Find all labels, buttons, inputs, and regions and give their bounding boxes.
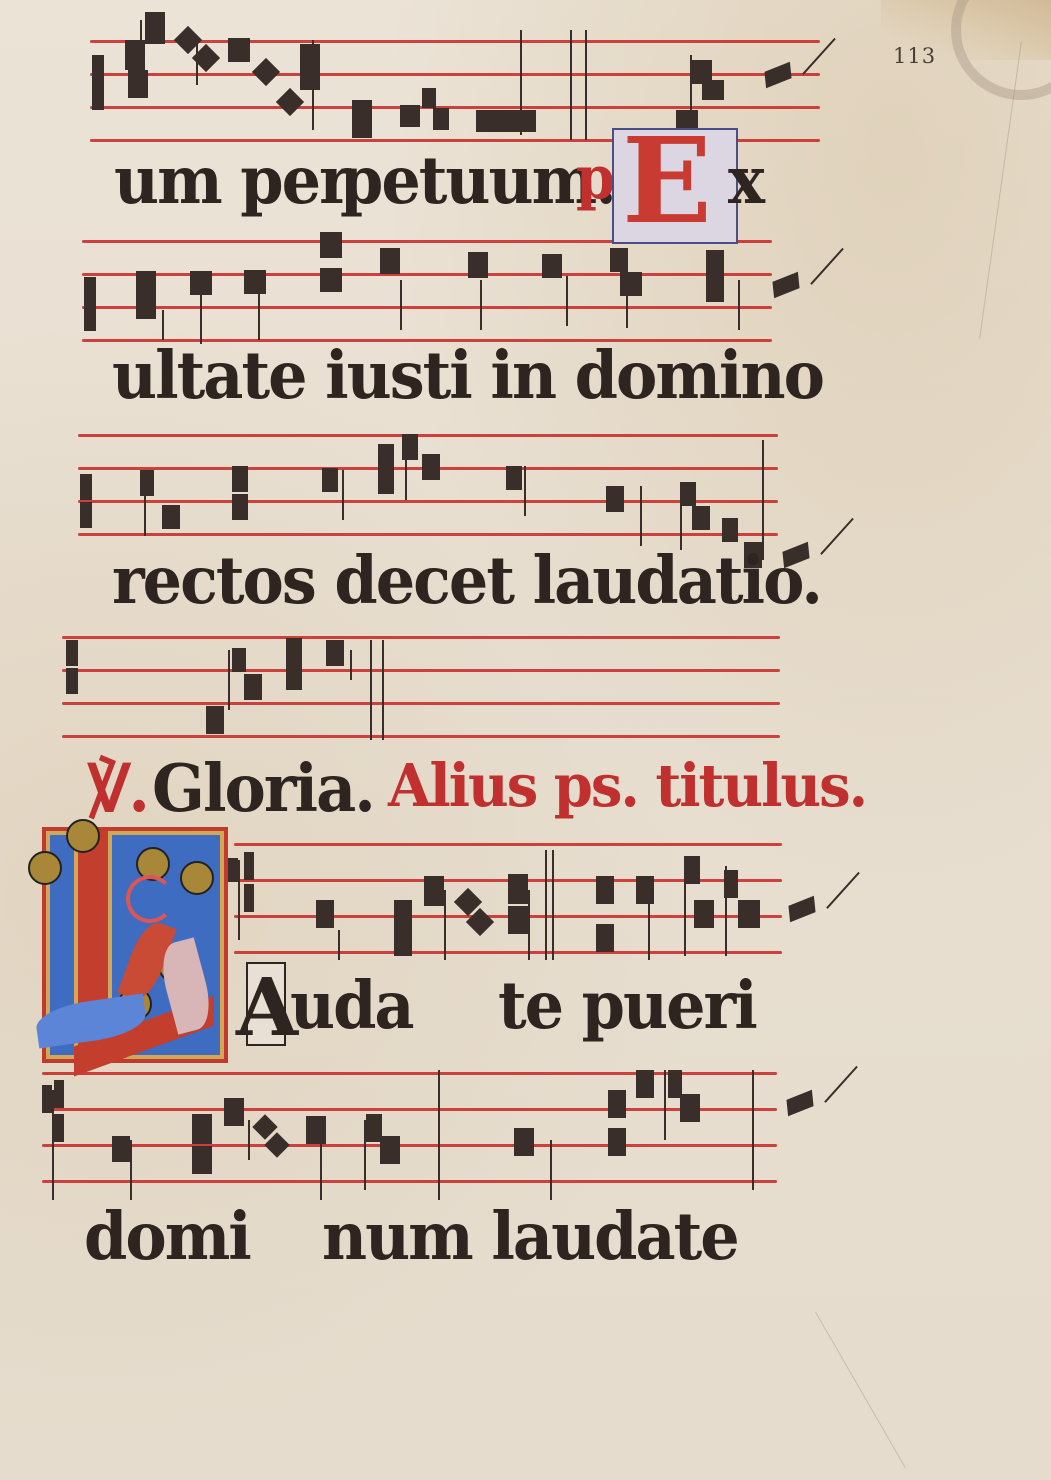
manuscript-leaf: 113 um per petuum. ps. E x ultate iusti … — [0, 0, 1051, 1480]
note-stem — [364, 1120, 366, 1190]
square-note — [192, 1146, 212, 1174]
square-note — [378, 444, 394, 470]
illuminated-initial-l — [42, 827, 228, 1063]
custos-tail — [826, 872, 859, 909]
square-note — [608, 1128, 626, 1156]
square-note — [596, 876, 614, 904]
lyric-gloria: Gloria. — [152, 756, 374, 821]
square-note — [476, 110, 536, 132]
note-stem — [738, 280, 740, 330]
lyric-line-6a: domi — [84, 1204, 250, 1269]
custos-tail — [820, 518, 853, 555]
square-note — [680, 482, 696, 506]
staff-2 — [82, 240, 772, 342]
square-note — [380, 1136, 400, 1164]
note-stem — [400, 280, 402, 330]
square-note — [306, 1116, 326, 1144]
square-note — [54, 1114, 64, 1142]
note-stem — [528, 890, 530, 960]
staff-line — [42, 1144, 777, 1147]
note-stem — [144, 476, 146, 536]
note-stem — [350, 650, 352, 680]
square-note — [433, 108, 449, 130]
square-note — [145, 12, 165, 44]
square-note — [514, 1128, 534, 1156]
staff-3 — [78, 434, 778, 536]
note-stem — [162, 310, 164, 340]
note-stem — [238, 860, 240, 940]
staff-line — [42, 1108, 777, 1111]
square-note — [140, 470, 154, 496]
acanthus-scroll — [126, 875, 174, 923]
square-note — [610, 248, 628, 272]
square-note — [66, 640, 78, 666]
note-stem — [626, 278, 628, 328]
square-note — [232, 648, 246, 672]
square-note — [232, 466, 248, 492]
staff-line — [90, 106, 820, 109]
note-stem — [566, 276, 568, 326]
square-note — [738, 900, 760, 928]
staff-4 — [62, 636, 780, 738]
square-note — [394, 900, 412, 928]
square-note — [596, 924, 614, 952]
square-note — [722, 518, 738, 542]
square-note — [352, 100, 372, 138]
cadel-a-glyph: A — [236, 960, 298, 1054]
square-note — [286, 638, 302, 664]
square-note — [84, 277, 96, 305]
square-note — [322, 468, 338, 492]
square-note — [244, 852, 254, 880]
note-stem — [752, 1070, 754, 1190]
staff-line — [42, 1180, 777, 1183]
square-note — [244, 884, 254, 912]
note-stem — [640, 486, 642, 546]
square-note — [508, 906, 528, 934]
note-stem — [342, 470, 344, 520]
square-note — [706, 250, 724, 276]
gold-ball — [180, 861, 214, 895]
custos-tail — [810, 248, 843, 285]
square-note — [506, 466, 522, 490]
staff-line — [62, 636, 780, 639]
custos-mark — [788, 896, 815, 922]
square-note — [244, 674, 262, 700]
square-note — [702, 80, 724, 100]
note-stem — [684, 866, 686, 956]
square-note — [300, 68, 320, 90]
square-note — [606, 486, 624, 512]
note-stem — [680, 490, 682, 550]
square-note — [692, 506, 710, 530]
square-note — [136, 295, 156, 319]
square-note — [424, 876, 444, 906]
note-stem — [405, 440, 407, 500]
lyric-line-1b: petuum. — [340, 148, 615, 213]
note-stem — [130, 1140, 132, 1200]
lyric-line-1e: x — [728, 148, 763, 213]
rubric-alius-psalmus: Alius ps. titulus. — [388, 757, 866, 816]
note-stem — [545, 850, 547, 960]
square-note — [224, 1098, 244, 1126]
note-stem — [552, 850, 554, 960]
square-note — [316, 900, 334, 928]
square-note — [80, 502, 92, 528]
note-stem — [725, 866, 727, 956]
lyric-line-3: rectos decet laudatio. — [112, 548, 821, 613]
staff-line — [234, 843, 782, 846]
square-note — [232, 494, 248, 520]
versicle-symbol: ℣. — [88, 756, 148, 821]
decorated-initial-e: E — [612, 128, 738, 244]
note-stem — [140, 20, 142, 70]
square-note — [422, 454, 440, 480]
custos-mark — [772, 272, 799, 298]
staff-line — [62, 669, 780, 672]
square-note — [394, 928, 412, 956]
square-note — [244, 270, 266, 294]
note-stem — [370, 640, 372, 740]
square-note — [636, 1070, 654, 1098]
staff-line — [42, 1072, 777, 1075]
gold-ball — [66, 819, 100, 853]
corner-curl — [951, 0, 1051, 100]
note-stem — [52, 1090, 54, 1200]
square-note — [320, 268, 342, 292]
square-note — [422, 88, 436, 108]
lyric-line-5a: uda — [290, 973, 413, 1038]
square-note — [468, 252, 488, 278]
square-note — [80, 474, 92, 500]
note-stem — [438, 1070, 440, 1200]
square-note — [92, 80, 104, 110]
folio-number: 113 — [893, 44, 936, 68]
square-note — [42, 1085, 52, 1113]
staff-line — [62, 702, 780, 705]
lyric-line-5b: te pueri — [498, 973, 756, 1038]
square-note — [136, 271, 156, 295]
square-note — [636, 876, 654, 904]
square-note — [228, 858, 238, 882]
square-note — [400, 105, 420, 127]
custos-mark — [786, 1090, 813, 1116]
square-note — [125, 40, 145, 70]
gold-ball — [28, 851, 62, 885]
staff-line — [78, 533, 778, 536]
note-stem — [338, 930, 340, 960]
staff-line — [78, 500, 778, 503]
square-note — [84, 303, 96, 331]
square-note — [54, 1080, 64, 1108]
square-note — [684, 856, 700, 884]
note-stem — [382, 640, 384, 740]
square-note — [228, 38, 250, 62]
square-note — [620, 272, 642, 296]
note-stem — [648, 890, 650, 960]
custos-tail — [824, 1066, 857, 1103]
staff-line — [62, 735, 780, 738]
square-note — [206, 706, 224, 734]
square-note — [192, 1114, 212, 1144]
staff-line — [82, 306, 772, 309]
parchment-crease — [815, 1312, 906, 1468]
note-stem — [585, 30, 587, 140]
square-note — [608, 1090, 626, 1118]
square-note — [378, 470, 394, 494]
note-stem — [312, 40, 314, 130]
staff-line — [78, 434, 778, 437]
note-stem — [228, 650, 230, 710]
square-note — [190, 271, 212, 295]
square-note — [694, 900, 714, 928]
note-stem — [570, 30, 572, 140]
square-note — [706, 276, 724, 302]
square-note — [680, 1094, 700, 1122]
lyric-line-2: ultate iusti in domino — [112, 343, 823, 408]
staff-line — [234, 951, 782, 954]
initial-e-glyph: E — [622, 122, 712, 240]
square-note — [320, 232, 342, 258]
staff-line — [82, 273, 772, 276]
square-note — [380, 248, 400, 274]
note-stem — [248, 1120, 250, 1160]
square-note — [112, 1136, 130, 1162]
lyric-line-6b: num laudate — [322, 1204, 738, 1269]
square-note — [128, 70, 148, 98]
note-stem — [320, 1140, 322, 1200]
note-stem — [550, 1140, 552, 1200]
note-stem — [258, 290, 260, 340]
square-note — [66, 668, 78, 694]
square-note — [162, 505, 180, 529]
square-note — [286, 664, 302, 690]
square-note — [326, 640, 344, 666]
note-stem — [444, 890, 446, 960]
cadel-initial-a: A — [236, 962, 286, 1046]
lyric-line-1a: um per — [114, 148, 350, 213]
square-note — [508, 874, 528, 904]
square-note — [542, 254, 562, 278]
square-note — [300, 44, 320, 68]
note-stem — [664, 1070, 666, 1140]
staff-6 — [42, 1072, 777, 1183]
note-stem — [524, 466, 526, 516]
note-stem — [480, 280, 482, 330]
note-stem — [196, 40, 198, 85]
note-stem — [520, 30, 522, 135]
